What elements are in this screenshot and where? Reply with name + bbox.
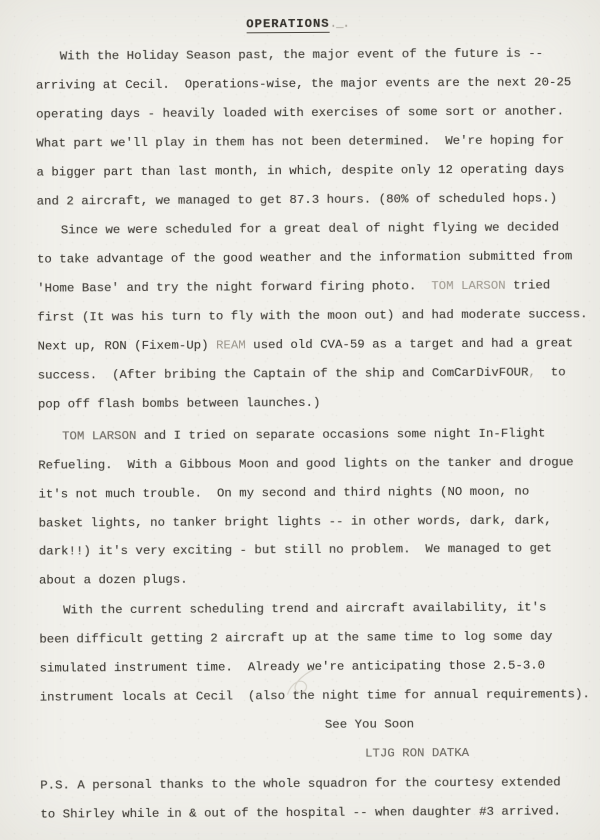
text-line: to take advantage of the good weather an…	[37, 243, 589, 275]
text-line: With the current scheduling trend and ai…	[39, 593, 591, 625]
page-sheet: OPERATIONS._. With the Holiday Season pa…	[0, 0, 600, 840]
text-segment: about a dozen plugs.	[39, 573, 188, 588]
document-body: With the Holiday Season past, the major …	[36, 39, 593, 829]
text-segment: pop off flash bombs between launches.)	[38, 396, 321, 412]
text-segment: What part we'll play in them has not bee…	[36, 133, 564, 150]
text-line: TOM LARSON and I tried on separate occas…	[38, 419, 590, 451]
paragraph-3: TOM LARSON and I tried on separate occas…	[38, 419, 591, 596]
text-line: basket lights, no tanker bright lights -…	[39, 506, 591, 538]
text-line: been difficult getting 2 aircraft up at …	[39, 622, 591, 654]
text-segment: to Shirley while in & out of the hospita…	[40, 804, 561, 821]
text-segment: With the Holiday Season past, the major …	[60, 47, 543, 64]
text-line: With the Holiday Season past, the major …	[36, 39, 588, 71]
text-line: What part we'll play in them has not bee…	[36, 126, 588, 158]
text-line: success. (After bribing the Captain of t…	[38, 358, 590, 390]
text-segment: used old CVA-59 as a target and had a gr…	[246, 336, 573, 352]
text-line: to Shirley while in & out of the hospita…	[40, 797, 592, 829]
paragraphs-container: With the Holiday Season past, the major …	[36, 39, 592, 712]
text-segment: success. (After bribing the Captain of t…	[38, 366, 529, 383]
text-segment: P.S. A personal thanks to the whole squa…	[40, 775, 561, 792]
title-smudge-mark: ._.	[330, 17, 349, 31]
scanned-page-content: OPERATIONS._. With the Holiday Season pa…	[0, 0, 600, 840]
text-line: 'Home Base' and try the night forward fi…	[37, 271, 589, 303]
text-line: a bigger part than last month, in which,…	[36, 155, 588, 187]
signature-line: LTJG RON DATKA	[40, 738, 592, 770]
pencil-smudge-mark	[281, 660, 329, 704]
text-line: it's not much trouble. On my second and …	[38, 477, 590, 509]
postscript: P.S. A personal thanks to the whole squa…	[40, 768, 592, 829]
faded-text-segment: TOM LARSON	[62, 429, 136, 443]
text-segment: Since we were scheduled for a great deal…	[61, 221, 559, 238]
page-title: OPERATIONS	[246, 17, 329, 34]
text-segment: first (It was his turn to fly with the m…	[37, 307, 587, 324]
text-segment: tried	[506, 279, 551, 293]
text-segment: Refueling. With a Gibbous Moon and good …	[38, 455, 573, 472]
text-line: Since we were scheduled for a great deal…	[37, 214, 589, 246]
text-segment: a bigger part than last month, in which,…	[36, 162, 564, 179]
faded-text-segment: TOM LARSON	[431, 279, 505, 293]
paragraph-2: Since we were scheduled for a great deal…	[37, 214, 590, 420]
paragraph-1: With the Holiday Season past, the major …	[36, 39, 589, 216]
closing-line: See You Soon	[40, 709, 592, 741]
text-segment: With the current scheduling trend and ai…	[63, 601, 546, 618]
text-segment: basket lights, no tanker bright lights -…	[39, 513, 552, 530]
text-line: about a dozen plugs.	[39, 564, 591, 596]
text-segment: been difficult getting 2 aircraft up at …	[39, 630, 552, 647]
text-line: Next up, RON (Fixem-Up) REAM used old CV…	[37, 329, 589, 361]
text-line: operating days - heavily loaded with exe…	[36, 97, 588, 129]
text-line: arriving at Cecil. Operations-wise, the …	[36, 68, 588, 100]
text-line: pop off flash bombs between launches.)	[38, 387, 590, 419]
text-segment: 'Home Base' and try the night forward fi…	[37, 279, 431, 295]
text-segment: and I tried on separate occasions some n…	[136, 426, 545, 442]
text-segment: it's not much trouble. On my second and …	[38, 484, 529, 501]
closing-text: See You Soon	[325, 717, 414, 732]
text-segment: to take advantage of the good weather an…	[37, 250, 572, 267]
title-row: OPERATIONS._.	[0, 12, 598, 37]
text-line: and 2 aircraft, we managed to get 87.3 h…	[37, 184, 589, 216]
signature-text: LTJG RON DATKA	[365, 746, 469, 761]
faded-text-segment: REAM	[216, 338, 246, 352]
text-line: first (It was his turn to fly with the m…	[37, 300, 589, 332]
text-segment: operating days - heavily loaded with exe…	[36, 104, 564, 121]
text-segment: to	[536, 365, 566, 379]
text-line: Refueling. With a Gibbous Moon and good …	[38, 448, 590, 480]
text-segment: dark!!) it's very exciting - but still n…	[39, 542, 552, 559]
text-line: P.S. A personal thanks to the whole squa…	[40, 768, 592, 800]
text-segment: Next up, RON (Fixem-Up)	[38, 339, 217, 354]
text-segment: arriving at Cecil. Operations-wise, the …	[36, 75, 571, 92]
text-segment: and 2 aircraft, we managed to get 87.3 h…	[37, 191, 558, 208]
text-line: dark!!) it's very exciting - but still n…	[39, 535, 591, 567]
